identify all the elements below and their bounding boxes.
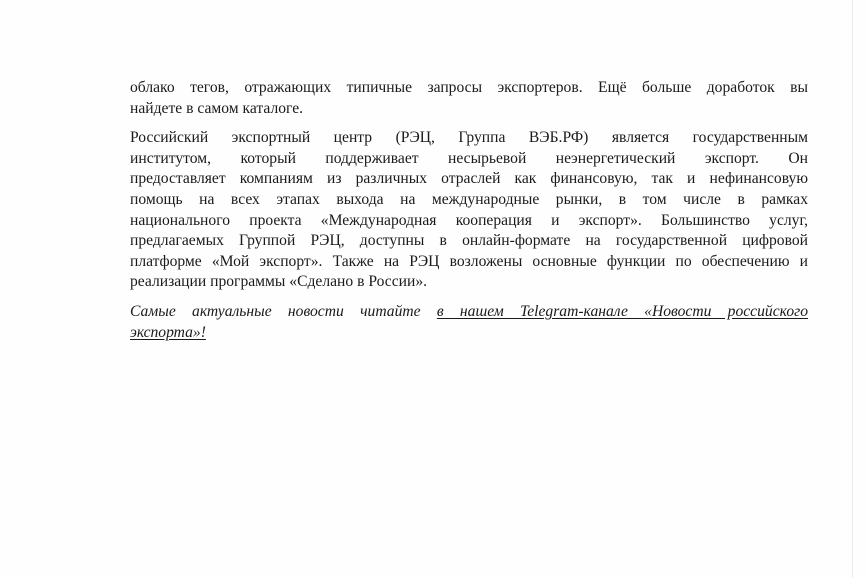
paragraph-telegram-news: Самые актуальные новости читайте в нашем… [130, 302, 808, 343]
text-line: реализации программы «Сделано в России». [130, 272, 808, 293]
text-line: помощь на всех этапах выхода на междунар… [130, 190, 808, 211]
text-line: Самые актуальные новости читайте в нашем… [130, 302, 808, 323]
text-line: экспорта»! [130, 323, 808, 344]
document-body: облако тегов, отражающих типичные запрос… [130, 78, 808, 352]
closing-prefix: Самые актуальные новости читайте [130, 303, 437, 320]
text-line: национального проекта «Международная коо… [130, 211, 808, 232]
text-line: предоставляет компаниям из различных отр… [130, 169, 808, 190]
text-line: Российский экспортный центр (РЭЦ, Группа… [130, 128, 808, 149]
scanned-page: облако тегов, отражающих типичные запрос… [0, 0, 867, 578]
text-line: институтом, который поддерживает несырье… [130, 149, 808, 170]
text-line: облако тегов, отражающих типичные запрос… [130, 78, 808, 99]
page-edge-divider [852, 0, 853, 578]
paragraph-rec-description: Российский экспортный центр (РЭЦ, Группа… [130, 128, 808, 293]
text-line: предлагаемых Группой РЭЦ, доступны в онл… [130, 231, 808, 252]
paragraph-catalog: облако тегов, отражающих типичные запрос… [130, 78, 808, 119]
text-line: платформе «Мой экспорт». Также на РЭЦ во… [130, 252, 808, 273]
text-line: найдете в самом каталоге. [130, 99, 808, 120]
telegram-channel-link-continued[interactable]: экспорта»! [130, 324, 206, 341]
telegram-channel-link[interactable]: в нашем Telegram-канале «Новости российс… [437, 303, 808, 320]
